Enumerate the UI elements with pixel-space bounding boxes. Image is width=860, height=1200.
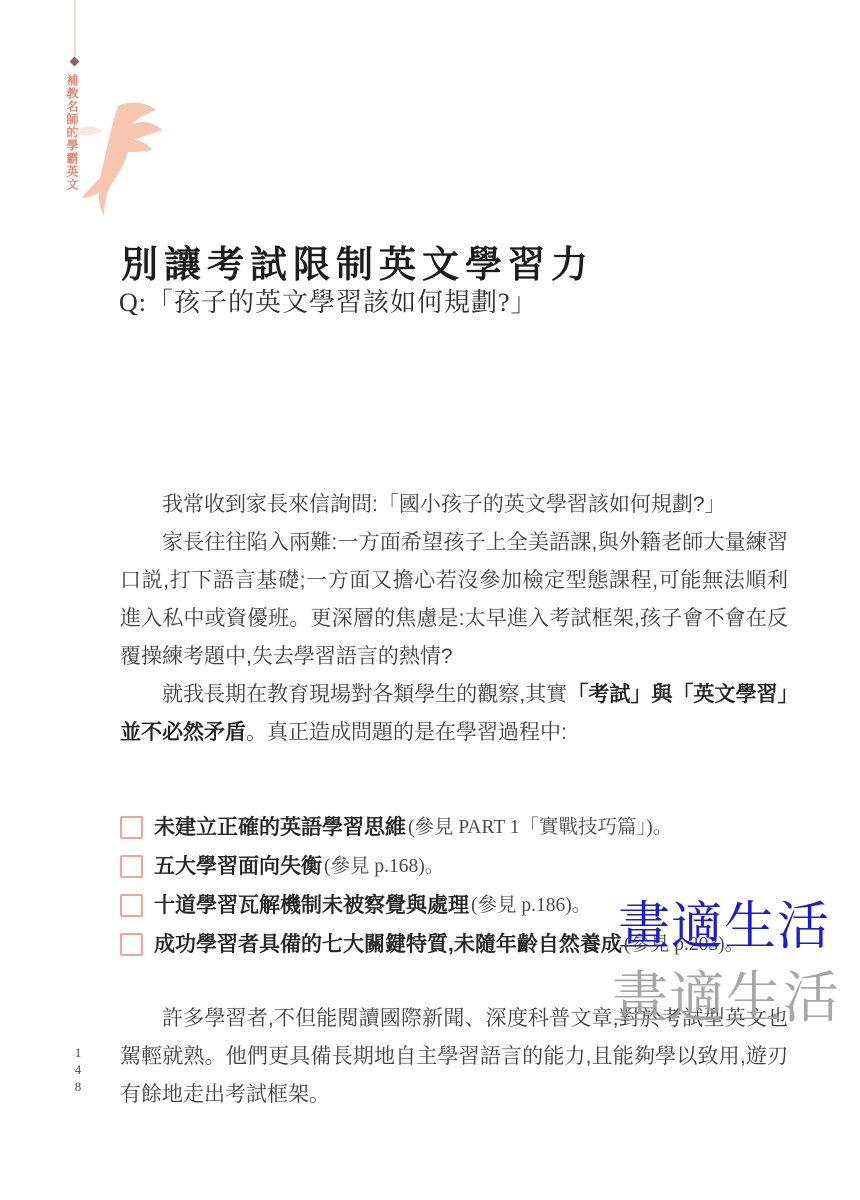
bird-watermark-icon — [76, 100, 172, 218]
paragraph-lead: 就我長期在教育現場對各類學生的觀察,其實 — [162, 683, 567, 706]
page-title: 別讓考試限制英文學習力 — [121, 234, 594, 288]
page-number: 1 4 8 — [70, 1044, 86, 1095]
checklist-item-reference: (參見 p.186)。 — [471, 887, 591, 925]
checklist-item-reference: (參見 p.168)。 — [324, 848, 444, 886]
paragraph-tail: 。真正造成問題的是在學習過程中: — [246, 721, 567, 744]
checklist-item-reference: (參見 PART 1「實戰技巧篇」)。 — [408, 809, 672, 847]
book-page: 補教名師的學霸英文 別讓考試限制英文學習力 Q:「孩子的英文學習該如何規劃?」 … — [0, 0, 860, 1200]
checkbox-icon — [120, 855, 143, 878]
page-subtitle: Q:「孩子的英文學習該如何規劃?」 — [119, 282, 538, 319]
body-text-block: 我常收到家長來信詢問:「國小孩子的英文學習該如何規劃?」 家長往往陷入兩難:一方… — [120, 486, 788, 1114]
paragraph: 家長往往陷入兩難:一方面希望孩子上全美語課,與外籍老師大量練習口説,打下語言基礎… — [120, 524, 788, 676]
checklist-item: 五大學習面向失衡 (參見 p.168)。 — [120, 847, 788, 886]
problem-checklist: 未建立正確的英語學習思維 (參見 PART 1「實戰技巧篇」)。 五大學習面向失… — [120, 808, 788, 964]
margin-rule-line — [74, 0, 76, 56]
paragraph: 許多學習者,不但能閱讀國際新聞、深度科普文章,對於考試型英文也駕輕就熟。他們更具… — [120, 1000, 788, 1114]
checklist-item: 成功學習者具備的七大關鍵特質,未隨年齡自然養成 (參見 p.203)。 — [120, 925, 788, 964]
paragraph: 就我長期在教育現場對各類學生的觀察,其實「考試」與「英文學習」並不必然矛盾。真正… — [120, 676, 788, 752]
paragraph: 我常收到家長來信詢問:「國小孩子的英文學習該如何規劃?」 — [120, 486, 788, 524]
checklist-item-label: 未建立正確的英語學習思維 — [154, 809, 406, 847]
diamond-marker-icon — [70, 57, 80, 67]
checklist-item: 未建立正確的英語學習思維 (參見 PART 1「實戰技巧篇」)。 — [120, 808, 788, 847]
checklist-item: 十道學習瓦解機制未被察覺與處理 (參見 p.186)。 — [120, 886, 788, 925]
checkbox-icon — [120, 816, 143, 839]
checklist-item-label: 五大學習面向失衡 — [154, 848, 322, 886]
checklist-item-reference: (參見 p.203)。 — [624, 926, 744, 964]
page-number-digit: 1 — [75, 1044, 82, 1061]
checkbox-icon — [120, 894, 143, 917]
page-number-digit: 4 — [75, 1061, 82, 1078]
page-number-digit: 8 — [75, 1078, 82, 1095]
checklist-item-label: 成功學習者具備的七大關鍵特質,未隨年齡自然養成 — [154, 926, 622, 964]
checkbox-icon — [120, 933, 143, 956]
checklist-item-label: 十道學習瓦解機制未被察覺與處理 — [154, 887, 469, 925]
